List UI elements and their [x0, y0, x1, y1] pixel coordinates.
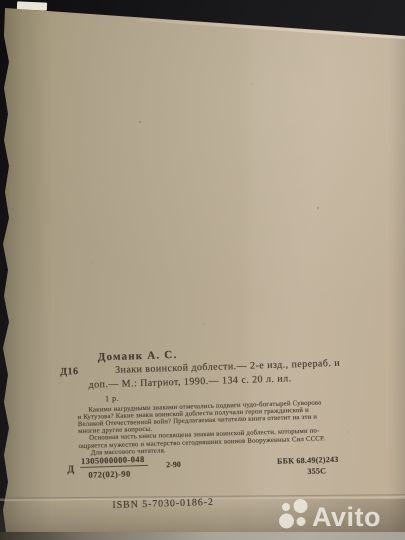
bbk-line-2: 355С	[307, 466, 326, 476]
isbn-line: ISBN 5-7030-0186-2	[112, 497, 214, 511]
catalog-letter: Д	[67, 464, 74, 475]
catalog-suffix: 2-90	[166, 460, 181, 469]
catalog-denominator: 072(02)-90	[88, 468, 131, 479]
price-label: 1 р.	[105, 394, 119, 403]
catalog-index-code: Д16	[60, 366, 79, 378]
avito-watermark: Avito	[276, 495, 402, 535]
book-photo: Доманк А. С. Д16 Знаки воинской доблести…	[0, 0, 405, 540]
avito-logo-icon	[279, 499, 308, 529]
catalog-numerator: 1305000000-048	[80, 454, 148, 468]
bbk-line-1: ББК 68.49(2)243	[277, 455, 339, 466]
imprint-block: Доманк А. С. Д16 Знаки воинской доблести…	[0, 0, 405, 540]
avito-watermark-text: Avito	[312, 502, 381, 532]
author-line: Доманк А. С.	[98, 349, 178, 363]
title-line-2: доп.— М.: Патриот, 1990.— 134 с. 20 л. и…	[88, 373, 291, 390]
